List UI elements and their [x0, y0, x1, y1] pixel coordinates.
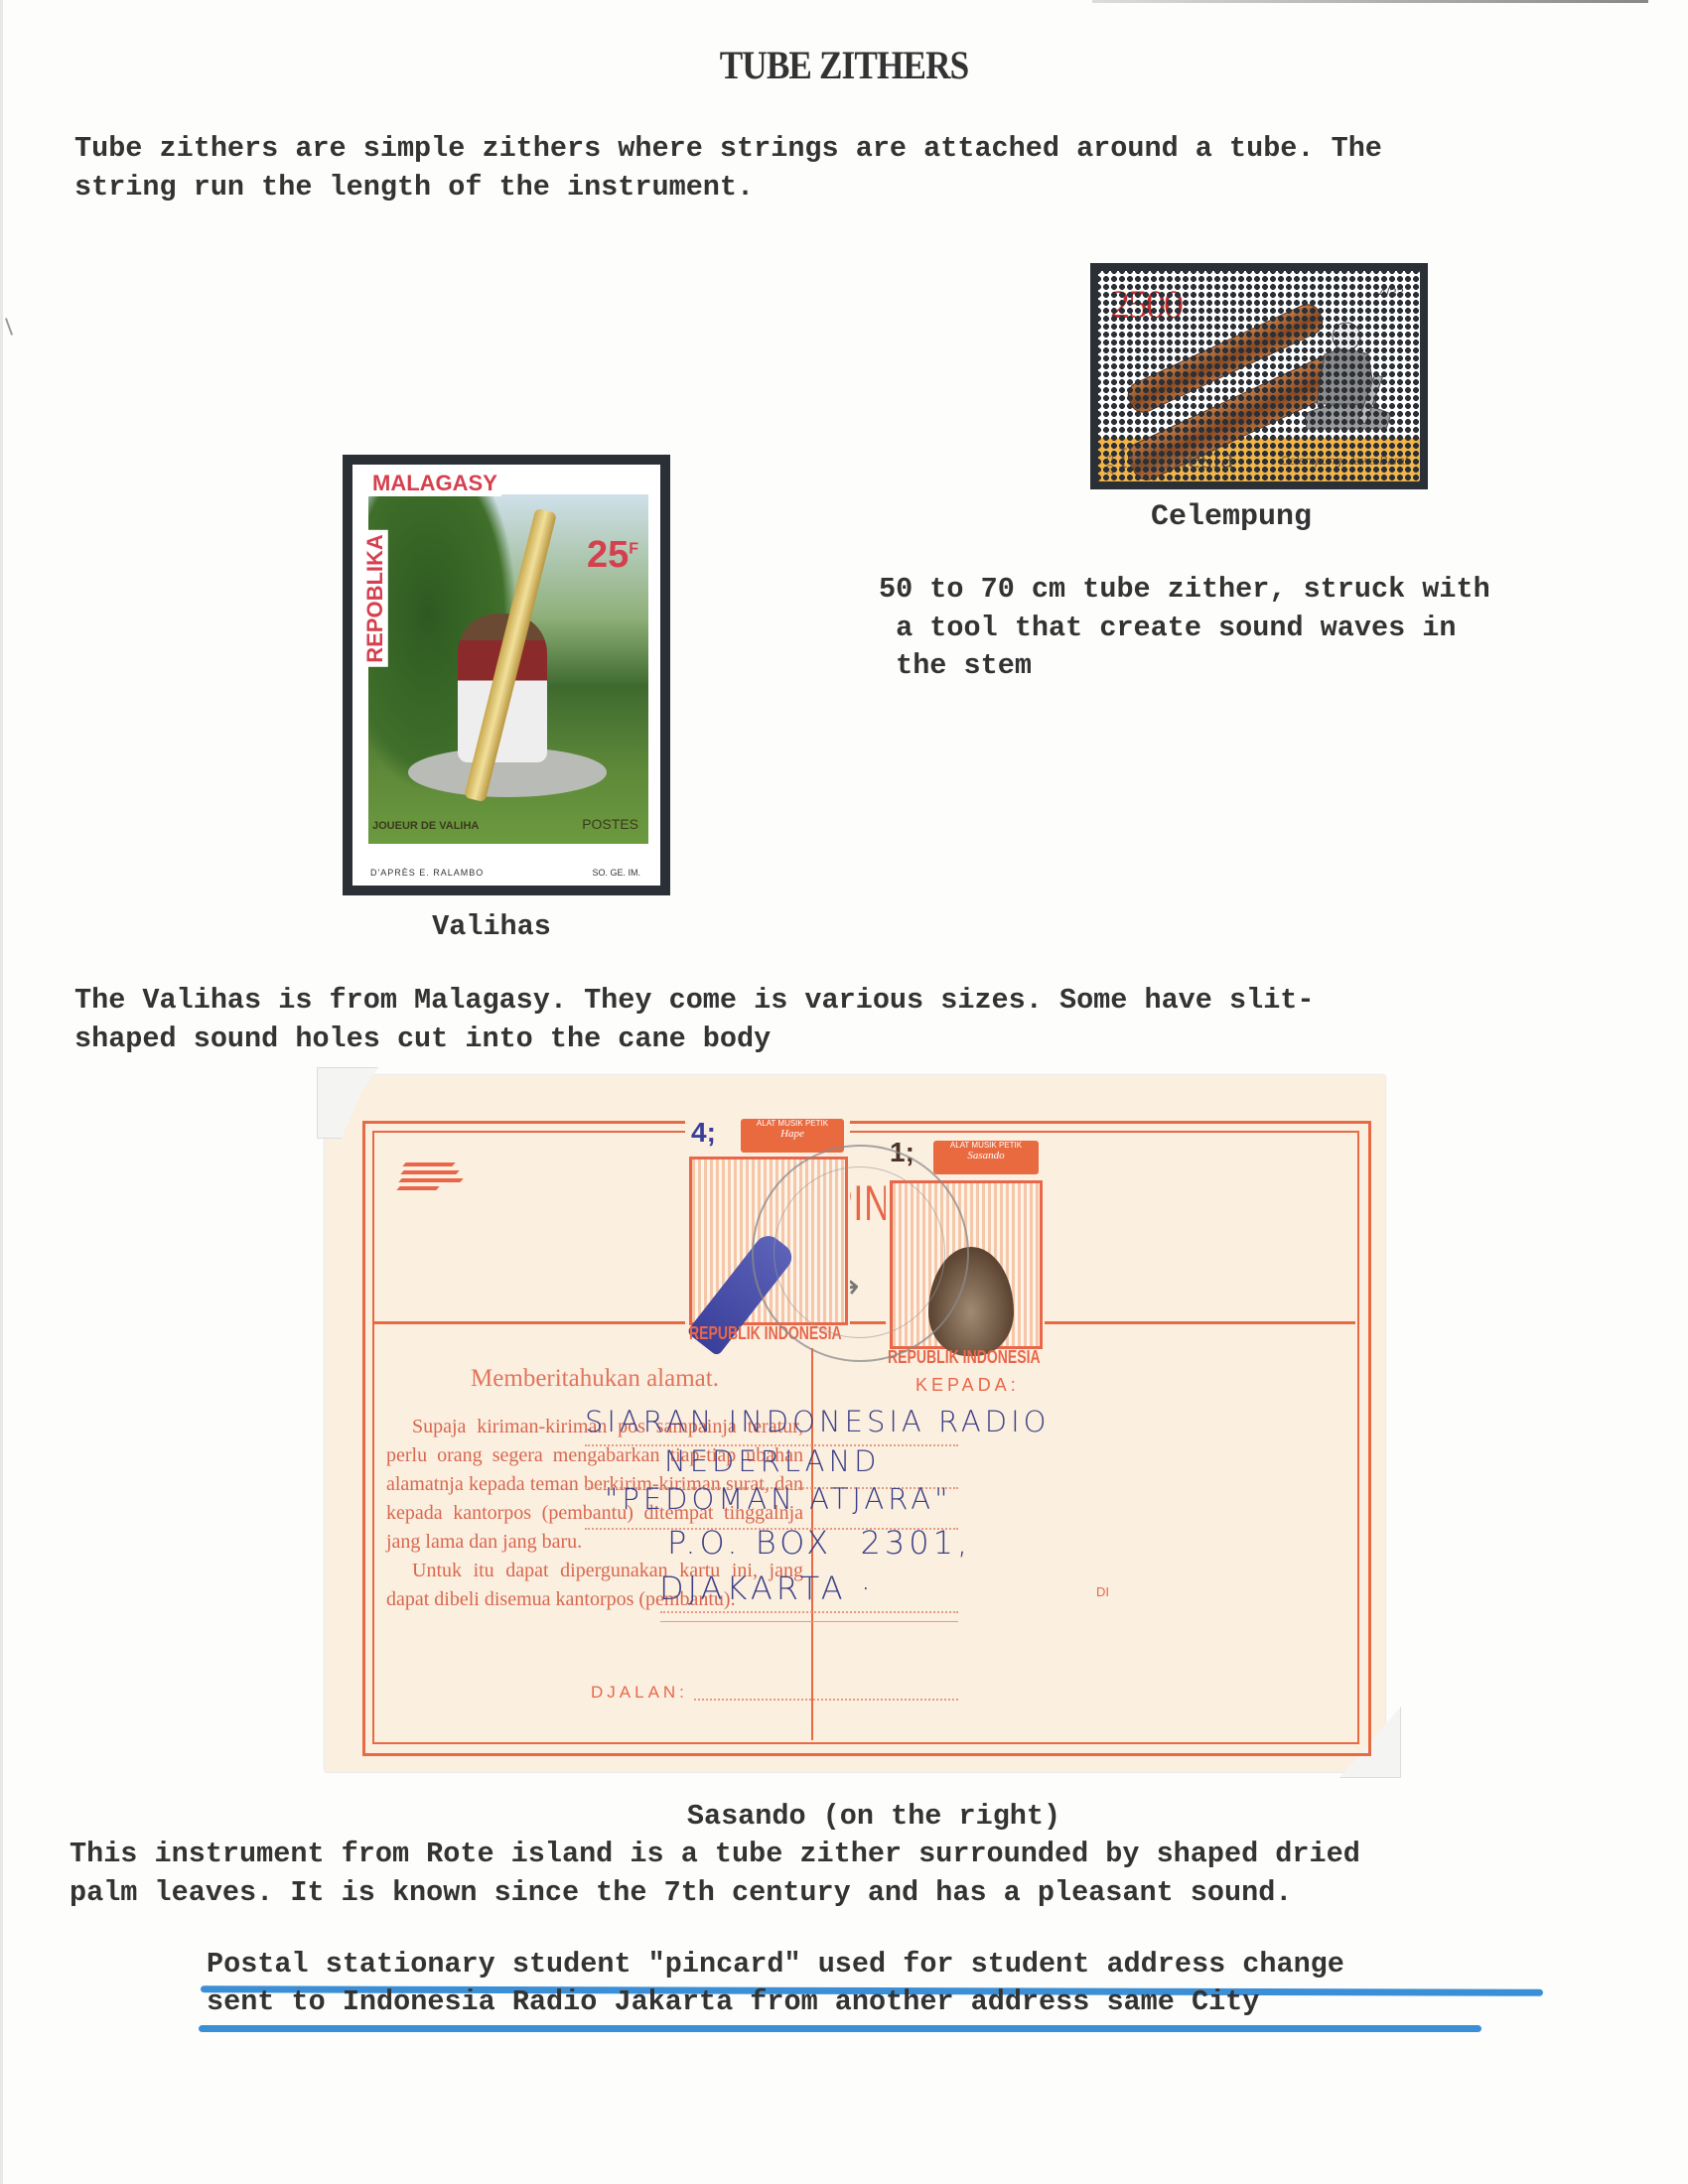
valihas-stamp: MALAGASY REPOBLIKA 25F JOUEUR DE VALIHA … — [352, 465, 660, 886]
address-dotline — [660, 1611, 958, 1613]
celempung-description: 50 to 70 cm tube zither, struck with a t… — [879, 571, 1490, 686]
badge-title: ALAT MUSIK PETIK — [933, 1141, 1039, 1150]
celempung-stamp: 2500 4/33 2013 Indonesia Celempung, Jawa… — [1098, 271, 1420, 481]
stamp-value: 4; — [691, 1117, 716, 1149]
sasando-description: This instrument from Rote island is a tu… — [70, 1835, 1360, 1912]
stamp-country: REPUBLIK INDONESIA — [888, 1347, 1041, 1368]
intro-line: string run the length of the instrument. — [74, 168, 1382, 206]
badge-name: Hape — [741, 1128, 844, 1140]
note-line: Postal stationary student "pincard" used… — [207, 1946, 1344, 1983]
kepada-label: KEPADA: — [915, 1375, 1020, 1396]
notice-title: Memberitahukan alamat. — [386, 1365, 803, 1393]
badge-title: ALAT MUSIK PETIK — [741, 1119, 844, 1128]
description-line: a tool that create sound waves in — [879, 610, 1490, 648]
sasando-caption: Sasando (on the right) — [556, 1797, 1192, 1836]
celempung-caption: Celempung — [1072, 498, 1390, 537]
badge-name: Sasando — [933, 1150, 1039, 1161]
description-line: the stem — [879, 647, 1490, 686]
celempung-stamp-mount: 2500 4/33 2013 Indonesia Celempung, Jawa… — [1090, 263, 1428, 489]
postal-note: Postal stationary student "pincard" used… — [207, 1946, 1344, 2021]
description-line: shaped sound holes cut into the cane bod… — [74, 1020, 1315, 1058]
intro-line: Tube zithers are simple zithers where st… — [74, 129, 1382, 168]
address-line: SIARAN INDONESIA RADIO — [585, 1405, 1050, 1438]
djalan-label: DJALAN: — [591, 1683, 688, 1703]
valihas-caption: Valihas — [343, 907, 640, 946]
note-line: sent to Indonesia Radio Jakarta from ano… — [207, 1983, 1344, 2021]
stamp-caption: Celempung, Jawa Barat — [1281, 454, 1408, 468]
highlight-underline — [199, 2025, 1481, 2032]
postcard: KARTU-PINDA ⟶ Memberitahukan alamat. Sup… — [325, 1075, 1385, 1772]
stamp-footer-right: SO. GE. IM. — [592, 868, 640, 878]
di-label: DI — [1096, 1584, 1109, 1599]
stamp-footer-left: D'APRÈS E. RALAMBO — [370, 868, 484, 878]
stamp-country: Indonesia — [1118, 442, 1234, 476]
stamp-value: 2500 — [1110, 281, 1182, 328]
stamp-country: MALAGASY — [368, 471, 501, 496]
address-line: "PEDOMAN ATJARA" — [605, 1482, 951, 1516]
address-line: DJAKARTA · — [659, 1570, 875, 1607]
stamp-label: JOUEUR DE VALIHA — [372, 820, 479, 832]
description-line: This instrument from Rote island is a tu… — [70, 1835, 1360, 1873]
address-line: NEDERLAND — [664, 1444, 881, 1478]
stamp-value-text: 4; — [691, 1117, 716, 1148]
stamp-number: 4/33 — [1379, 285, 1404, 300]
page-edge-left — [0, 0, 3, 2184]
djalan-dotline — [694, 1699, 958, 1701]
intro-text: Tube zithers are simple zithers where st… — [74, 129, 1382, 206]
address-line: P.O. BOX 2301, — [667, 1524, 971, 1562]
postmark-inner — [774, 1166, 945, 1338]
valihas-stamp-mount: MALAGASY REPOBLIKA 25F JOUEUR DE VALIHA … — [343, 455, 670, 895]
valihas-description: The Valihas is from Malagasy. They come … — [74, 981, 1315, 1058]
stamp-currency: F — [629, 540, 638, 557]
address-rule — [660, 1621, 958, 1622]
player-illustration — [1297, 315, 1396, 434]
stamp-year: 2013 — [1105, 455, 1115, 475]
stamp-postes: POSTES — [582, 816, 638, 832]
stamp-badge: ALAT MUSIK PETIKHape — [741, 1119, 844, 1153]
stamp-badge: ALAT MUSIK PETIKSasando — [933, 1141, 1039, 1174]
page-edge — [1092, 0, 1648, 3]
description-line: The Valihas is from Malagasy. They come … — [74, 981, 1315, 1020]
page-title: TUBE ZITHERS — [101, 42, 1587, 88]
stamp-value-number: 25 — [587, 534, 629, 576]
scan-mark — [5, 318, 13, 336]
stamp-country-side: REPOBLIKA — [362, 530, 388, 667]
post-horn-logo-icon — [396, 1160, 466, 1196]
description-line: 50 to 70 cm tube zither, struck with — [879, 571, 1490, 610]
description-line: palm leaves. It is known since the 7th c… — [70, 1873, 1360, 1912]
stamp-value: 25F — [587, 534, 638, 577]
